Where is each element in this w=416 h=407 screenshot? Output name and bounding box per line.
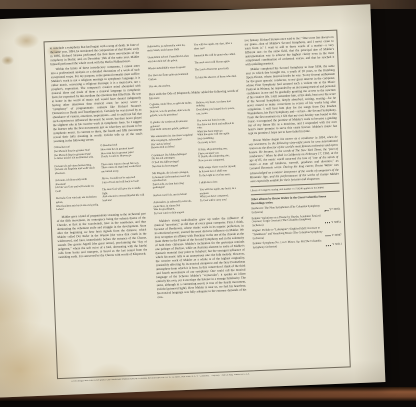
middle-text-column: Aufersteh'n, ja aufersteh'n wirst du, me… [147,39,249,370]
catalog-number: Y7 30051 [329,208,340,212]
mahler-german-text: O glaube, mein Herz, es geht dir nichts … [149,101,196,215]
essay-paragraph: Within the limits of these introductory … [51,64,143,144]
mahler-added-verses: O glaube, mein Herz, es geht dir nichts … [149,99,243,215]
essay-paragraph: Mahler gave a kind of programmatic meani… [56,211,147,259]
klopstock-english-text: You will rise again, my dust, after a sh… [194,42,238,87]
essay-paragraph: to conclude a symphony that had begun wi… [50,43,140,67]
urlicht-english-text: O Rosebud red! How man lies in greatest … [100,143,145,210]
essay-paragraph: Mahler's strong individuality grew up un… [154,215,246,299]
left-text-column: to conclude a symphony that had begun wi… [50,43,152,374]
essay-paragraph: tive fantasy. Richard Strauss once said … [244,35,334,67]
mahler-english-text: Believe, my heart, you have lost nothing… [196,99,243,213]
urlicht-german-text: O Röschen rot! Der Mensch liegt in gröss… [54,145,99,212]
library-of-congress-line: Library of Congress catalog card number … [250,182,340,195]
album-title: Brahms: Symphony No. 1 in C Minor, Op. 6… [252,240,324,250]
album-list-item: Brahms: Symphony No. 1 in C Minor, Op. 6… [252,239,342,250]
catalog-number: Y 30087 [332,233,342,237]
klopstock-interlude: Here ends the Ode of Klopstock; Mahler a… [149,88,239,100]
album-title: Brahms: Variations on a Theme by Haydn; … [251,214,323,228]
dot-leader [324,210,328,211]
dot-leader [325,235,331,236]
record-sleeve: to conclude a symphony that had begun wi… [0,4,385,397]
catalog-number: Y 30311 [332,243,342,247]
album-list-item: Brahms: Variations on a Theme by Haydn; … [251,213,341,227]
bruno-walter-bio: Bruno Walter began his career as a condu… [248,135,339,183]
catalog-number: Y 30851 [331,220,341,224]
urlicht-verses: O Röschen rot! Der Mensch liegt in gröss… [54,143,146,212]
klopstock-verses: Aufersteh'n, ja aufersteh'n wirst du, me… [147,42,238,89]
right-text-column: tive fantasy. Richard Strauss once said … [244,35,346,366]
dot-leader [325,223,331,224]
dot-leader [326,245,332,246]
klopstock-german-text: Aufersteh'n, ja aufersteh'n wirst du, me… [147,44,191,89]
album-title: Wagner: Prelude to "Lohengrin"; Siegfrie… [252,227,324,241]
album-title: Beethoven: The Nine Symphonies (The Colu… [251,205,323,215]
album-back-cover-photo: to conclude a symphony that had begun wi… [0,0,416,407]
liner-notes: to conclude a symphony that had begun wi… [50,35,347,374]
essay-paragraph: Mahler completed his Second Symphony in … [245,64,337,136]
album-list-item: Wagner: Prelude to "Lohengrin"; Siegfrie… [252,226,342,240]
